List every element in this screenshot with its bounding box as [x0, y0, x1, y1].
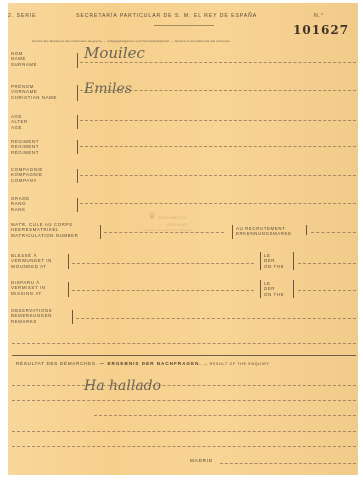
company-field[interactable]	[80, 175, 356, 176]
crown-icon: ♛	[148, 211, 157, 221]
wounded-date-brace-left	[260, 252, 261, 270]
wounded-field[interactable]	[72, 263, 254, 264]
document-card: 2. SERIE SECRETARÍA PARTICULAR DE S. M. …	[8, 3, 358, 475]
name-field[interactable]: Mouilec	[84, 44, 145, 62]
missing-date-brace-right	[293, 280, 294, 298]
first-name-brace	[77, 85, 78, 101]
result-line-5	[12, 446, 356, 447]
regiment-labels: Régiment Regiment Régiment	[11, 139, 39, 155]
wounded-date-field[interactable]	[298, 263, 356, 264]
age-labels: Age Alter Age	[11, 114, 28, 130]
company-labels: Compagnie Kompagnie Company	[11, 167, 43, 183]
series-label: 2. SERIE	[8, 13, 37, 19]
document-title: SECRETARÍA PARTICULAR DE S. M. EL REY DE…	[76, 13, 257, 19]
missing-date-brace-left	[260, 280, 261, 298]
matricule-brace	[100, 225, 101, 239]
regiment-field[interactable]	[80, 146, 356, 147]
rank-brace	[77, 198, 78, 212]
regiment-brace	[77, 140, 78, 154]
madrid-label: MADRID	[190, 458, 213, 463]
recruitment-brace-left	[232, 225, 233, 239]
missing-date-labels: Le Der On the	[264, 281, 284, 297]
date-field[interactable]	[220, 463, 356, 464]
wounded-date-brace-right	[293, 252, 294, 270]
first-name-line	[80, 90, 356, 91]
section-divider	[12, 355, 356, 356]
age-field[interactable]	[80, 120, 356, 121]
missing-field[interactable]	[72, 290, 254, 291]
wounded-date-labels: Le Der On the	[264, 253, 284, 269]
wounded-brace	[68, 254, 69, 269]
remarks-field[interactable]	[76, 318, 356, 319]
name-line	[80, 62, 356, 63]
recruitment-brace-right	[306, 225, 307, 235]
result-line-3	[94, 415, 356, 416]
document-subtitle: Service des blessés et des prisonniers d…	[32, 39, 230, 43]
age-brace	[77, 115, 78, 129]
first-name-field[interactable]: Emiles	[84, 81, 132, 97]
first-name-labels: Prénom Vorname Christian name	[11, 84, 57, 100]
missing-labels: Disparu à Vermisst in Missing at	[11, 280, 46, 296]
remarks-labels: Observations Bemerkungen Remarks	[11, 308, 52, 324]
recruitment-labels: Au recrutement Erkennungsmarke	[236, 226, 292, 237]
rank-labels: Grade Rang Rank	[11, 196, 30, 212]
result-heading: RÉSULTAT DES DÉMARCHES. — ERGEBNIS DER N…	[16, 361, 270, 366]
matricule-labels: Matr. cule au corps Heeresmatrikel Matri…	[11, 222, 78, 238]
name-brace	[77, 53, 78, 68]
title-underline	[154, 25, 214, 26]
rank-field[interactable]	[80, 203, 356, 204]
recruitment-field[interactable]	[311, 232, 356, 233]
result-line-4	[12, 431, 356, 432]
missing-date-field[interactable]	[298, 290, 356, 291]
result-line-2	[12, 400, 356, 401]
matricule-field[interactable]	[104, 232, 224, 233]
number-label: N.°	[314, 13, 324, 19]
name-labels: Nom Name Surname	[11, 51, 37, 67]
company-brace	[77, 169, 78, 183]
archive-watermark: ♛ DIPLOMATIC ARCHIVE Archivo General de …	[143, 211, 192, 232]
missing-brace	[68, 282, 69, 297]
result-line-1	[12, 385, 356, 386]
document-number: 101627	[293, 23, 349, 37]
wounded-labels: Blessé à Verwundet in Wounded at	[11, 253, 52, 269]
remarks-brace	[72, 310, 73, 324]
remarks-line-2	[12, 343, 356, 344]
result-field[interactable]: Ha hallado	[84, 378, 161, 394]
